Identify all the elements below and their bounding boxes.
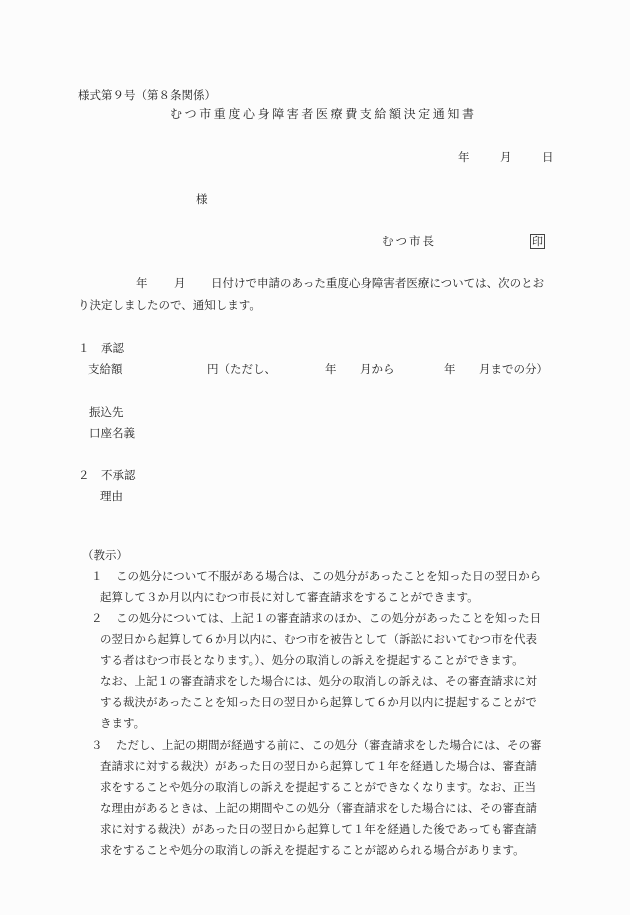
item-line: 査請求に対する裁決）があった日の翌日から起算して１年を経過した場合は、審査請 — [100, 761, 537, 773]
item-line: なお、上記１の審査請求をした場合には、処分の取消しの訴えは、その審査請求に対 — [100, 676, 537, 688]
item-number: ３ — [91, 740, 103, 752]
intro-line2: り決定しましたので、通知します。 — [78, 300, 261, 312]
item-line: この処分については、上記１の審査請求のほか、この処分があったことを知った日 — [116, 613, 541, 625]
item-line: の翌日から起算して６か月以内に、むつ市を被告として（訴訟においてむつ市を代表 — [100, 634, 537, 646]
addressee-suffix: 様 — [196, 194, 208, 206]
instruction-heading: （教示） — [82, 550, 128, 562]
date-day: 日 — [542, 152, 554, 164]
issuer-name: むつ市長 — [382, 236, 436, 248]
intro-line1: 日付けで申請のあった重度心身障害者医療については、次のとお — [211, 278, 544, 290]
amount-label: 支給額 — [88, 364, 123, 376]
seal-mark: 印 — [530, 234, 545, 249]
item-line: この処分について不服がある場合は、この処分があったことを知った日の翌日から — [116, 571, 541, 583]
form-label: 様式第９号（第８条関係） — [78, 90, 216, 102]
document-title: むつ市重度心身障害者医療費支給額決定通知書 — [170, 108, 477, 120]
item-number: １ — [91, 571, 103, 583]
section1-heading: １ 承認 — [78, 343, 124, 355]
reason-label: 理由 — [100, 491, 123, 503]
item-line: する者はむつ市長となります。）、処分の取消しの訴えを提起することができます。 — [100, 655, 524, 667]
section2-heading: ２ 不承認 — [78, 470, 136, 482]
account-name-label: 口座名義 — [89, 428, 135, 440]
item-number: ２ — [91, 613, 103, 625]
item-line: ただし、上記の期間が経過する前に、この処分（審査請求をした場合には、その審 — [116, 740, 542, 752]
amount-unit: 円（ただし、 — [207, 364, 276, 376]
item-line: する裁決があったことを知った日の翌日から起算して６か月以内に提起することがで — [100, 697, 537, 709]
item-line: 起算して３か月以内にむつ市長に対して審査請求をすることができます。 — [100, 592, 479, 604]
intro-year: 年 — [136, 278, 148, 290]
intro-month: 月 — [174, 278, 186, 290]
item-line: きます。 — [100, 718, 145, 730]
from-month: 月から — [360, 364, 395, 376]
date-year: 年 — [458, 152, 470, 164]
from-year: 年 — [325, 364, 337, 376]
item-line: 求に対する裁決）があった日の翌日から起算して１年を経過した後であっても審査請 — [100, 824, 537, 836]
item-line: な理由があるときは、上記の期間やこの処分（審査請求をした場合には、その審査請 — [100, 803, 537, 815]
item-line: 求をすることや処分の取消しの訴えを提起することが認められる場合があります。 — [100, 845, 525, 857]
transfer-label: 振込先 — [89, 407, 124, 419]
to-month: 月までの分） — [479, 364, 548, 376]
to-year: 年 — [444, 364, 456, 376]
item-line: 求をすることや処分の取消しの訴えを提起することができなくなります。なお、正当 — [100, 782, 536, 794]
date-month: 月 — [500, 152, 512, 164]
